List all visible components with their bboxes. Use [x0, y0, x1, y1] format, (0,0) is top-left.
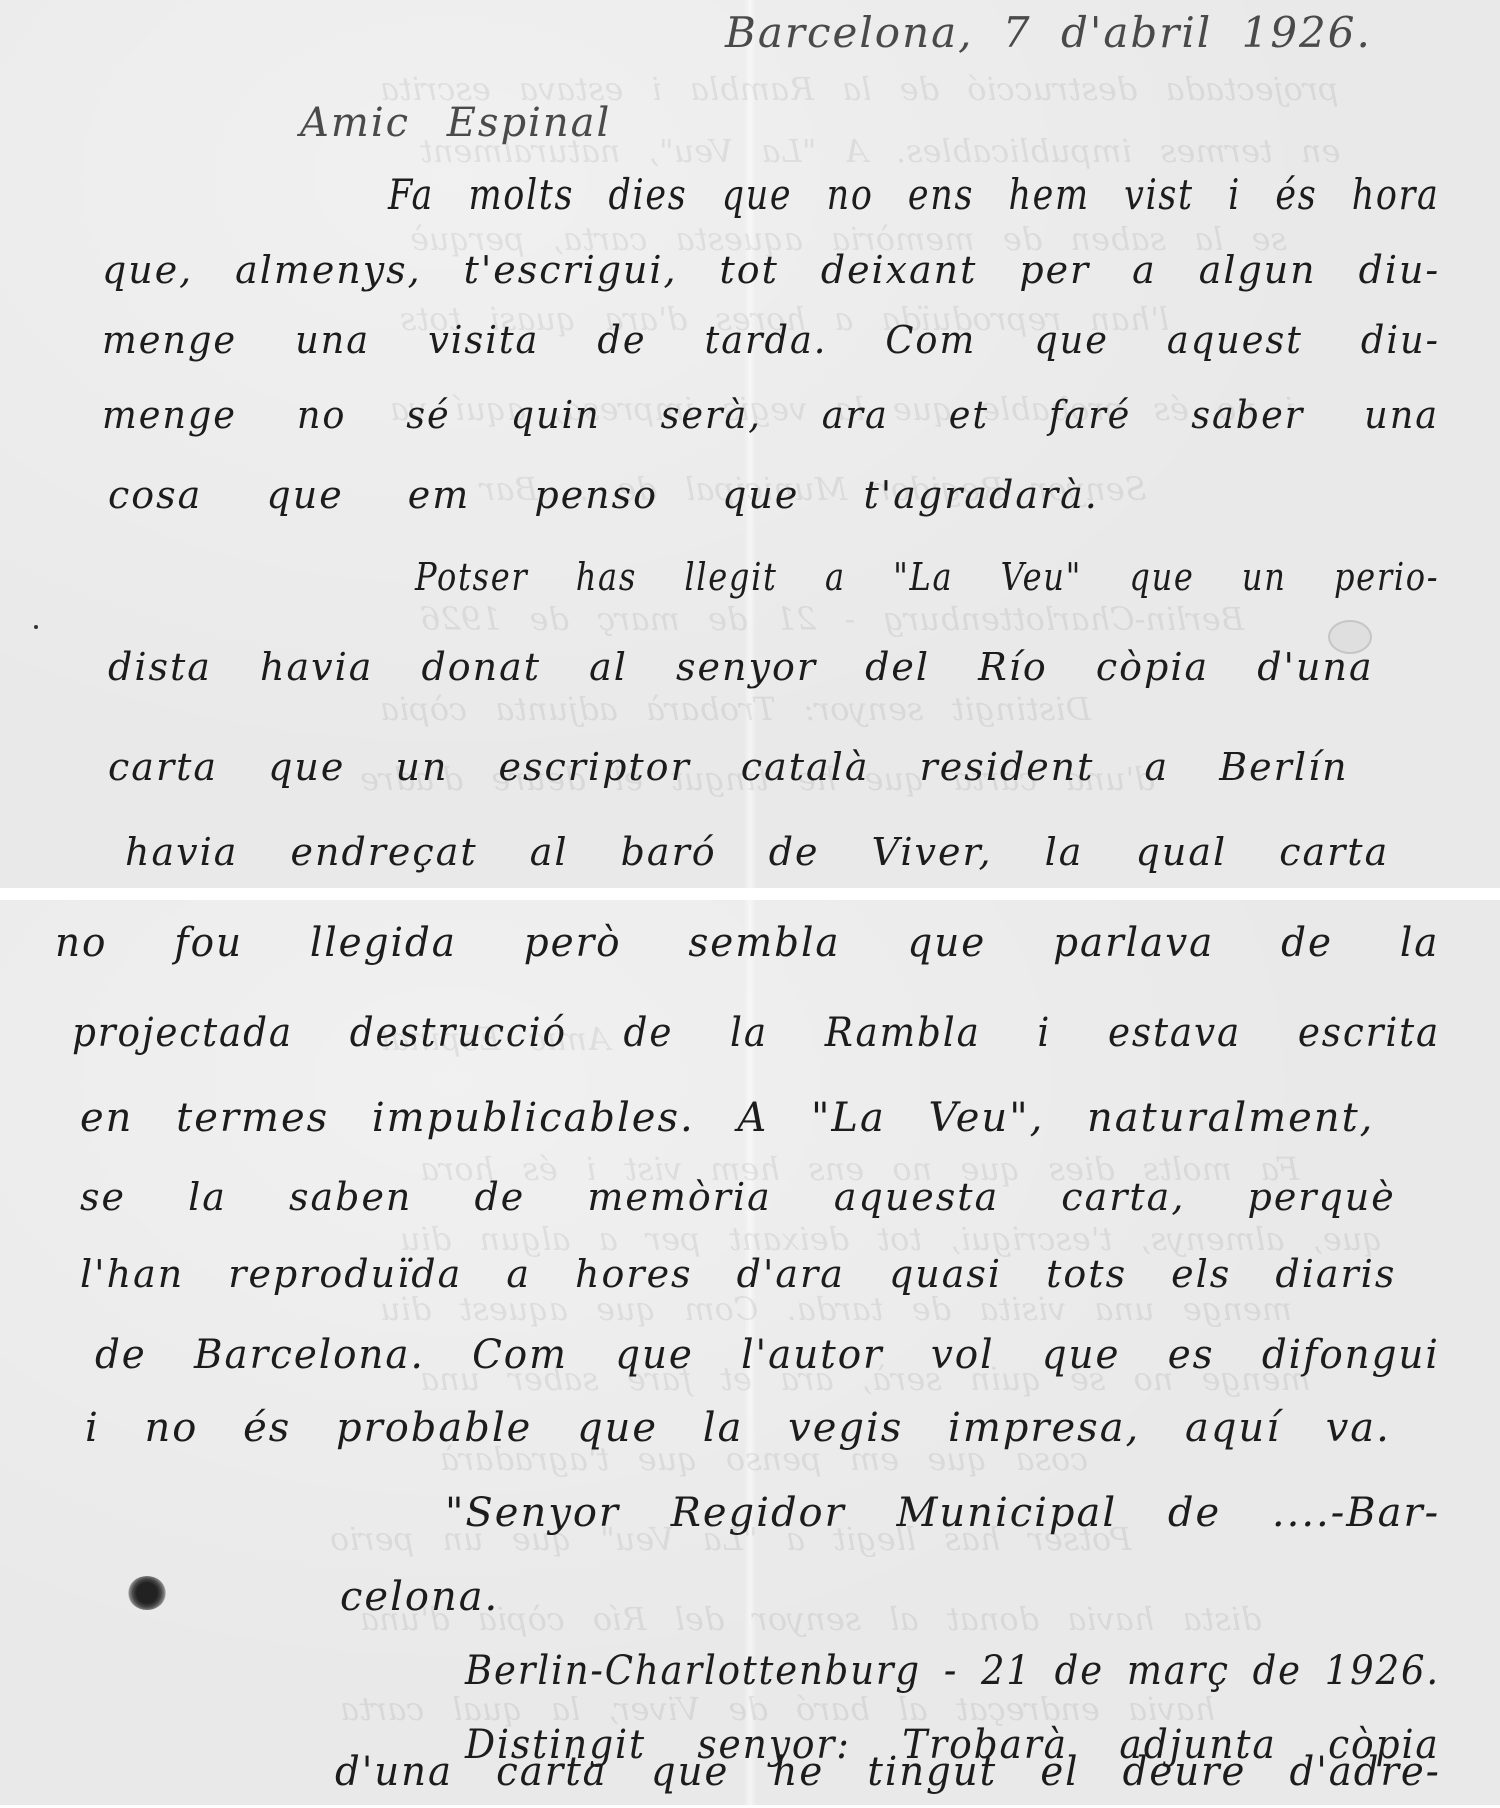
letter-line: menge una visita de tarda. Com que aques… [102, 318, 1440, 362]
letter-line: en termes impublicables. A "La Veu", nat… [80, 1095, 1374, 1141]
bleed-through-text: Distingit senyor: Trobarà adjunta còpia [380, 690, 1091, 728]
letter-line: menge no sé quin serà, ara et faré saber… [102, 393, 1439, 437]
letter-line: Potser has llegit a "La Veu" que un peri… [415, 555, 1439, 599]
letter-line: no fou llegida però sembla que parlava d… [55, 920, 1439, 966]
letter-line: i no és probable que la vegis impresa, a… [85, 1405, 1391, 1451]
letter-place-date: Barcelona, 7 d'abril 1926. [725, 8, 1372, 57]
quoted-letter-addressee: "Senyor Regidor Municipal de ....-Bar- [445, 1490, 1440, 1536]
ink-blot [128, 1576, 166, 1610]
letter-sheet-top: projectada destrucció de la Rambla i est… [0, 0, 1500, 888]
letter-line: dista havia donat al senyor del Río còpi… [108, 645, 1374, 689]
paper-stain [1328, 620, 1372, 654]
letter-line: se la saben de memòria aquesta carta, pe… [80, 1175, 1396, 1219]
letter-line: Fa molts dies que no ens hem vist i és h… [388, 170, 1439, 219]
letter-line: havia endreçat al baró de Viver, la qual… [125, 830, 1389, 874]
letter-line: cosa que em penso que t'agradarà. [108, 473, 1099, 517]
letter-line: carta que un escriptor català resident a… [108, 745, 1349, 789]
ink-speck [34, 625, 38, 629]
letter-sheet-bottom: Amic Espinal Fa molts dies que no ens he… [0, 900, 1500, 1805]
quoted-letter-place-date: Berlin-Charlottenburg - 21 de març de 19… [465, 1648, 1440, 1694]
letter-line: que, almenys, t'escrigui, tot deixant pe… [102, 248, 1440, 292]
letter-line: d'una carta que he tingut el deure d'adr… [335, 1749, 1441, 1795]
letter-line: de Barcelona. Com que l'autor vol que es… [95, 1332, 1440, 1378]
bleed-through-text: Berlin-Charlottenburg - 21 de març de 19… [420, 600, 1244, 638]
letter-line: l'han reproduïda a hores d'ara quasi tot… [80, 1252, 1396, 1296]
letter-line: projectada destrucció de la Rambla i est… [72, 1010, 1440, 1056]
quoted-letter-addressee-cont: celona. [340, 1574, 499, 1620]
letter-salutation: Amic Espinal [300, 100, 611, 146]
